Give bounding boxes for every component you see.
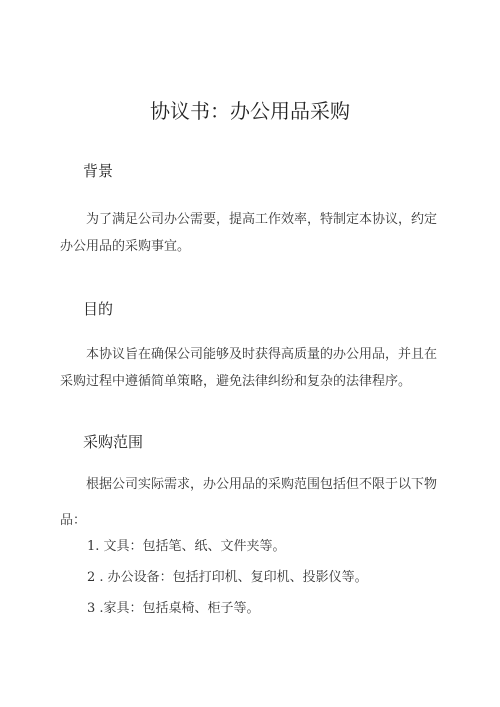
section-body-scope: 根据公司实际需求，办公用品的采购范围包括但不限于以下物品： bbox=[60, 467, 440, 539]
list-item: 1. 文具：包括笔、纸、文件夹等。 bbox=[87, 535, 286, 554]
section-body-purpose: 本协议旨在确保公司能够及时获得高质量的办公用品，并且在采购过程中遵循简单策略，避… bbox=[60, 341, 440, 395]
section-heading-background: 背景 bbox=[83, 160, 113, 181]
section-heading-purpose: 目的 bbox=[83, 298, 113, 319]
section-body-background: 为了满足公司办公需要，提高工作效率，特制定本协议，约定办公用品的采购事宜。 bbox=[60, 206, 440, 260]
list-item: 2 . 办公设备：包括打印机、复印机、投影仪等。 bbox=[87, 566, 368, 585]
section-heading-scope: 采购范围 bbox=[83, 431, 143, 452]
list-item: 3 .家具：包括桌椅、柜子等。 bbox=[87, 597, 260, 616]
document-title: 协议书：办公用品采购 bbox=[0, 95, 500, 124]
